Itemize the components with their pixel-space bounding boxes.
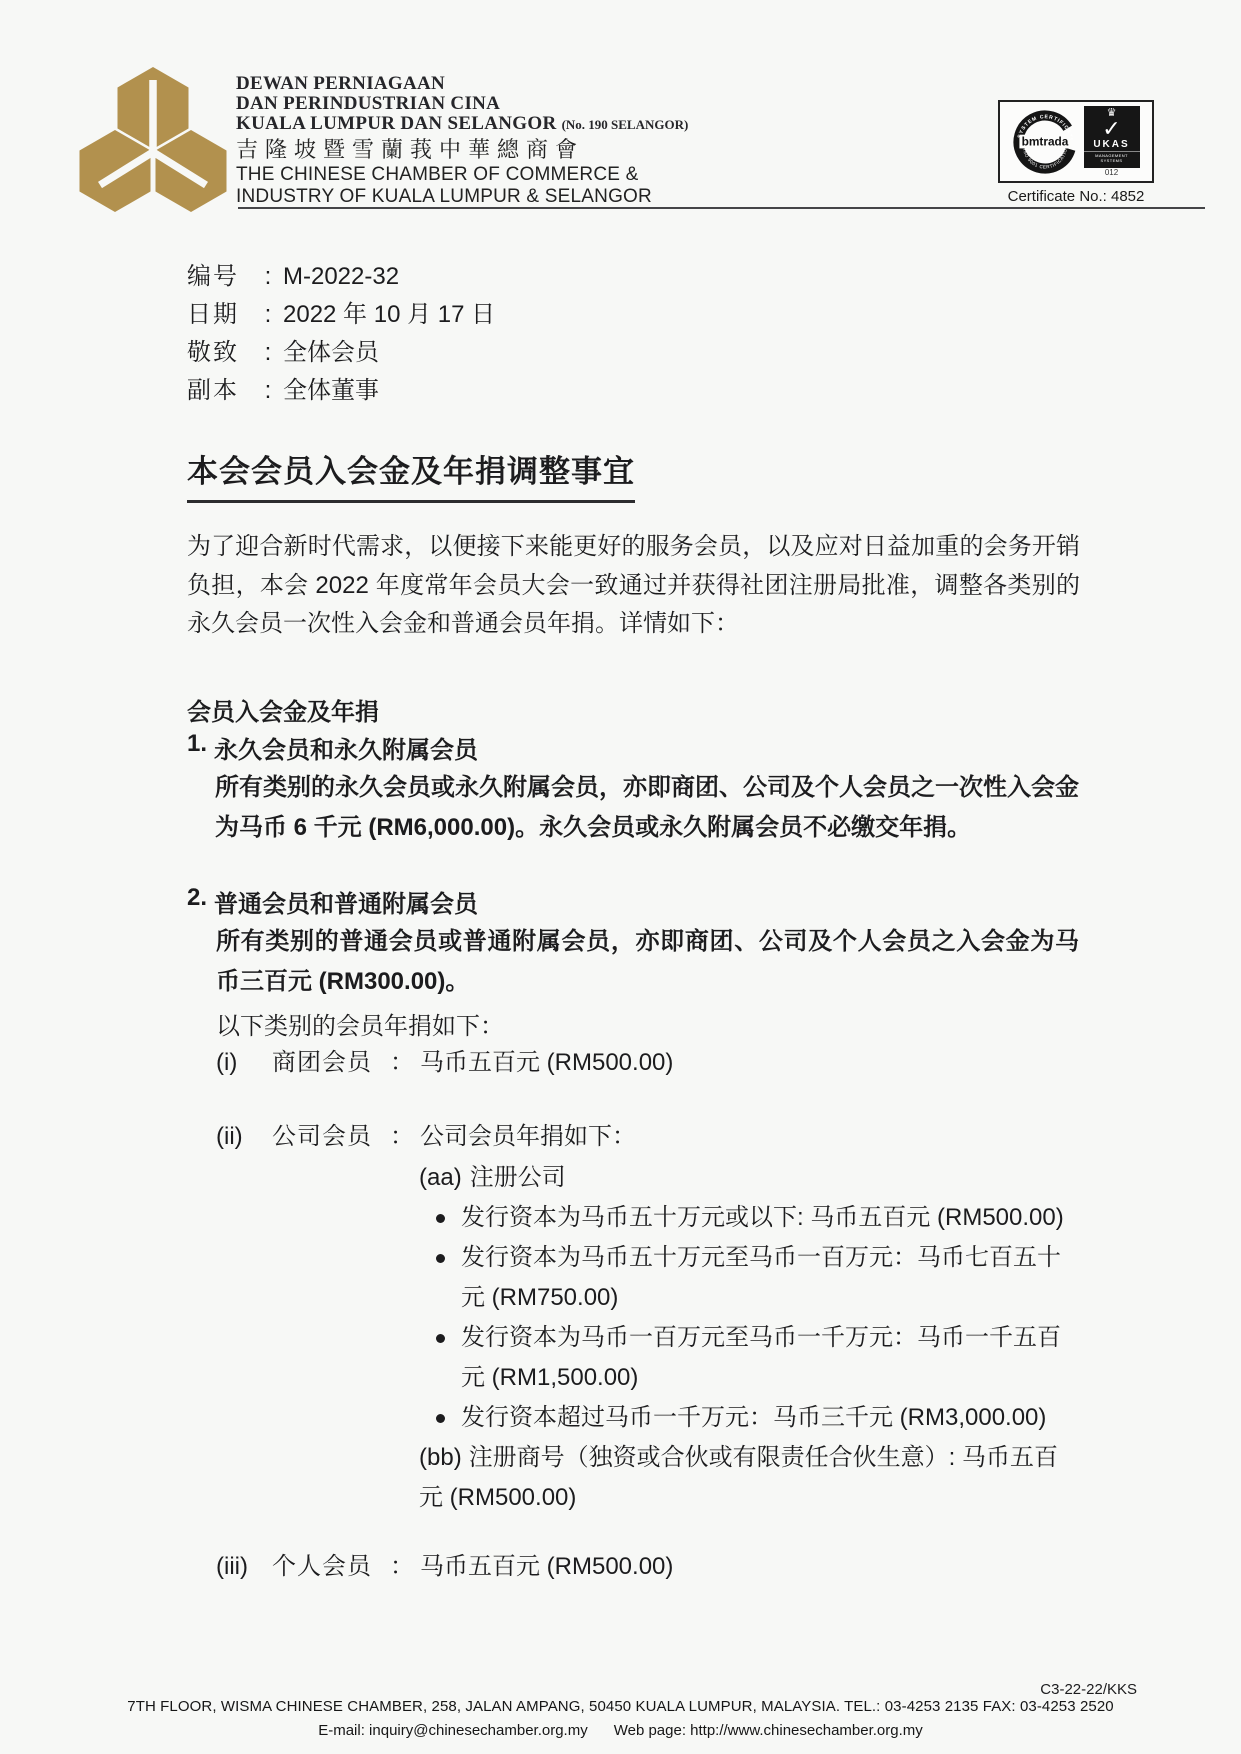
meta-row-cc: 副本 : 全体董事: [187, 372, 495, 410]
registered-business-clause: (bb)注册商号（独资或合伙或有限责任合伙生意）: 马币五百元 (RM500.0…: [419, 1438, 1080, 1518]
header-divider: [238, 207, 1205, 209]
org-name-english-line2: INDUSTRY OF KUALA LUMPUR & SELANGOR: [236, 186, 688, 208]
fee-row-value: 公司会员年捐如下：: [420, 1118, 636, 1156]
capital-fee-item: 发行资本为马币五十万元至马币一百万元：马币七百五十元 (RM750.00): [419, 1238, 1080, 1318]
bb-number: (bb): [419, 1444, 462, 1471]
org-name-block: DEWAN PERNIAGAAN DAN PERINDUSTRIAN CINA …: [236, 74, 688, 208]
meta-label: 敬致: [187, 334, 253, 372]
registered-company-heading: (aa) 注册公司: [419, 1158, 1080, 1198]
registered-company-block: (aa) 注册公司 发行资本为马币五十万元或以下: 马币五百元 (RM500.0…: [419, 1158, 1080, 1518]
meta-block: 编号 : M-2022-32 日期 : 2022 年 10 月 17 日 敬致 …: [187, 258, 495, 410]
item-1-title: 永久会员和永久附属会员: [214, 730, 478, 765]
checkmark-icon: ✓: [1102, 119, 1120, 139]
fee-row-label: 商团会员: [272, 1044, 384, 1082]
meta-value: 全体会员: [283, 334, 379, 372]
meta-row-ref-no: 编号 : M-2022-32: [187, 258, 495, 296]
chamber-logo-icon: [74, 66, 232, 216]
ukas-accreditation-number: 012: [1105, 168, 1118, 178]
document-page: DEWAN PERNIAGAAN DAN PERINDUSTRIAN CINA …: [0, 0, 1241, 1754]
meta-value: 2022 年 10 月 17 日: [283, 296, 495, 334]
capital-fee-item: 发行资本超过马币一千万元：马币三千元 (RM3,000.00): [419, 1398, 1080, 1438]
org-name-english-line1: THE CHINESE CHAMBER OF COMMERCE &: [236, 164, 688, 186]
item-1-heading: 1. 永久会员和永久附属会员: [187, 730, 478, 765]
meta-value: M-2022-32: [283, 258, 399, 296]
footer-webpage: Web page: http://www.chinesechamber.org.…: [614, 1722, 923, 1739]
fee-row-label: 公司会员: [272, 1118, 384, 1156]
capital-fee-item: 发行资本为马币五十万元或以下: 马币五百元 (RM500.00): [419, 1198, 1080, 1238]
org-name-malay-line3-text: KUALA LUMPUR DAN SELANGOR: [236, 113, 557, 134]
footer-contact: E-mail: inquiry@chinesechamber.org.myWeb…: [0, 1722, 1241, 1739]
ukas-subtitle: MANAGEMENT SYSTEMS: [1084, 151, 1140, 164]
org-registration-note: (No. 190 SELANGOR): [562, 117, 689, 132]
meta-colon: :: [253, 334, 283, 372]
ukas-wordmark: UKAS: [1093, 139, 1129, 150]
item-1-number: 1.: [187, 730, 214, 765]
fee-row-value: 马币五百元 (RM500.00): [420, 1548, 673, 1586]
footer-address: 7TH FLOOR, WISMA CHINESE CHAMBER, 258, J…: [0, 1698, 1241, 1715]
fee-row-number: (iii): [216, 1548, 272, 1586]
subject-title: 本会会员入会金及年捐调整事宜: [187, 446, 635, 503]
meta-colon: :: [253, 258, 283, 296]
ukas-logo-icon: ♛ ✓ UKAS MANAGEMENT SYSTEMS: [1084, 106, 1140, 168]
item-2-heading: 2. 普通会员和普通附属会员: [187, 884, 478, 919]
org-name-malay-line1: DEWAN PERNIAGAAN: [236, 74, 688, 94]
fee-row-trade-association: (i) 商团会员 ： 马币五百元 (RM500.00): [216, 1044, 673, 1082]
org-name-malay-line3: KUALA LUMPUR DAN SELANGOR (No. 190 SELAN…: [236, 114, 688, 135]
bmtrada-wordmark: bmtrada: [1021, 134, 1068, 148]
certificate-number: Certificate No.: 4852: [995, 188, 1157, 205]
meta-colon: :: [253, 372, 283, 410]
meta-label: 副本: [187, 372, 253, 410]
fee-row-value: 马币五百元 (RM500.00): [420, 1044, 673, 1082]
item-2-title: 普通会员和普通附属会员: [214, 884, 478, 919]
org-name-chinese: 吉隆坡暨雪蘭莪中華總商會: [236, 136, 688, 164]
capital-fee-list: 发行资本为马币五十万元或以下: 马币五百元 (RM500.00) 发行资本为马币…: [419, 1198, 1080, 1438]
fee-row-colon: ：: [384, 1118, 420, 1156]
footer-ref-code: C3-22-22/KKS: [1040, 1681, 1137, 1698]
meta-label: 日期: [187, 296, 253, 334]
item-2-number: 2.: [187, 884, 214, 919]
fee-row-colon: ：: [384, 1548, 420, 1586]
intro-paragraph: 为了迎合新时代需求，以便接下来能更好的服务会员，以及应对日益加重的会务开销负担，…: [187, 528, 1080, 644]
footer-email: E-mail: inquiry@chinesechamber.org.my: [318, 1722, 588, 1739]
fee-row-company: (ii) 公司会员 ： 公司会员年捐如下：: [216, 1118, 636, 1156]
meta-label: 编号: [187, 258, 253, 296]
ukas-mark: ♛ ✓ UKAS MANAGEMENT SYSTEMS 012: [1084, 106, 1140, 178]
meta-row-date: 日期 : 2022 年 10 月 17 日: [187, 296, 495, 334]
fee-row-label: 个人会员: [272, 1548, 384, 1586]
bb-text: 注册商号（独资或合伙或有限责任合伙生意）: 马币五百元 (RM500.00): [419, 1444, 1058, 1511]
meta-row-to: 敬致 : 全体会员: [187, 334, 495, 372]
aa-title: 注册公司: [470, 1158, 566, 1198]
org-name-malay-line2: DAN PERINDUSTRIAN CINA: [236, 94, 688, 114]
fee-row-number: (ii): [216, 1118, 272, 1156]
item-2-body: 所有类别的普通会员或普通附属会员，亦即商团、公司及个人会员之入会金为马币三百元 …: [216, 922, 1079, 1002]
fee-row-individual: (iii) 个人会员 ： 马币五百元 (RM500.00): [216, 1548, 673, 1586]
fees-section-heading: 会员入会金及年捐: [187, 692, 379, 727]
capital-fee-item: 发行资本为马币一百万元至马币一千万元：马币一千五百元 (RM1,500.00): [419, 1318, 1080, 1398]
meta-colon: :: [253, 296, 283, 334]
meta-value: 全体董事: [283, 372, 379, 410]
item-1-body: 所有类别的永久会员或永久附属会员，亦即商团、公司及个人会员之一次性入会金为马币 …: [215, 768, 1079, 848]
fee-row-colon: ：: [384, 1044, 420, 1082]
aa-number: (aa): [419, 1158, 462, 1198]
annual-fee-intro: 以下类别的会员年捐如下：: [216, 1006, 504, 1041]
bmtrada-seal-icon: SYSTEM CERTIFICATION ISO 9001 CERTIFICAT…: [1013, 110, 1077, 174]
certification-marks-box: SYSTEM CERTIFICATION ISO 9001 CERTIFICAT…: [998, 100, 1154, 183]
fee-row-number: (i): [216, 1044, 272, 1082]
